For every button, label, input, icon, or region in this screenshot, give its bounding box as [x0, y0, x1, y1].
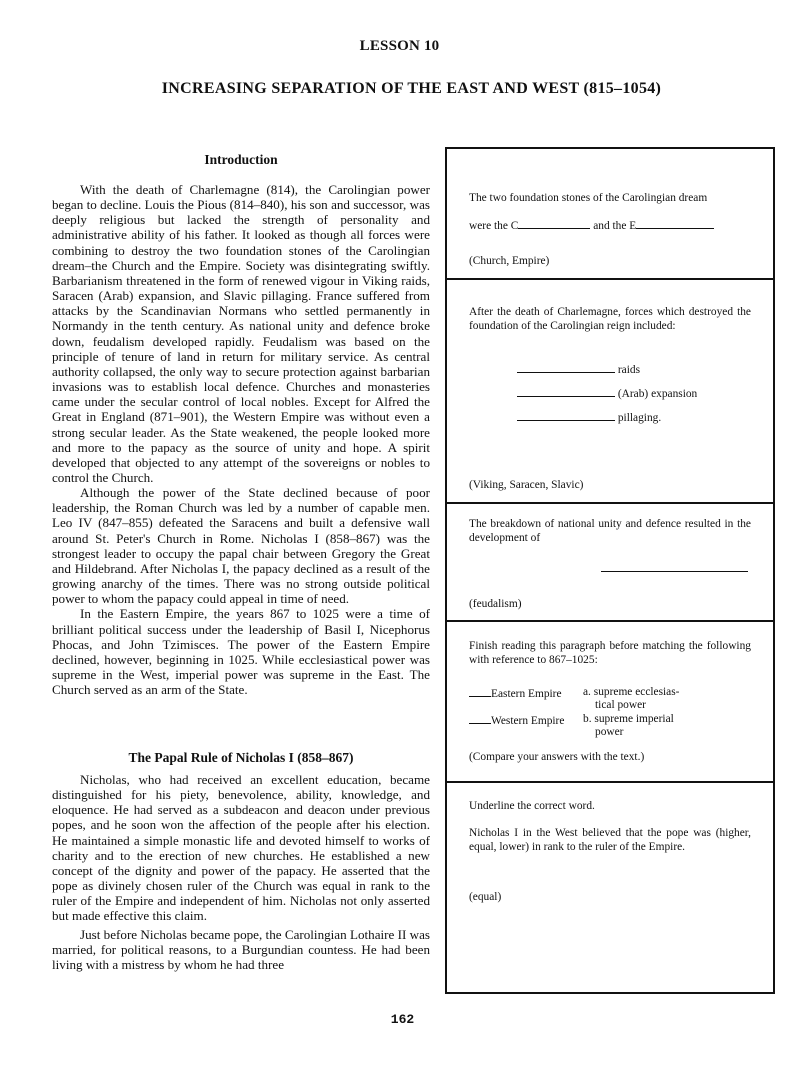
- match-left-label: Eastern Empire: [491, 688, 562, 700]
- option-line2: tical power: [583, 699, 733, 712]
- frame1-prefix: were the C: [469, 220, 518, 232]
- item-label: raids: [618, 364, 640, 376]
- match-left-western: Western Empire: [469, 713, 564, 729]
- frame4-answer: (Compare your answers with the text.): [469, 751, 644, 765]
- frame5-answer: (equal): [469, 891, 501, 905]
- frame2-answer: (Viking, Saracen, Slavic): [469, 479, 583, 493]
- frame-matching: Finish reading this paragraph before mat…: [447, 622, 773, 783]
- frame5-instruction: Underline the correct word.: [469, 800, 595, 814]
- frame-underline: Underline the correct word. Nicholas I i…: [447, 783, 773, 992]
- match-option-a: a. supreme ecclesias- tical power: [583, 686, 733, 711]
- introduction-heading: Introduction: [52, 152, 430, 168]
- blank-feudalism[interactable]: [601, 561, 748, 572]
- option-line1: supreme ecclesias-: [594, 686, 680, 698]
- frame3-answer: (feudalism): [469, 598, 522, 612]
- blank-western[interactable]: [469, 713, 491, 724]
- option-letter: b.: [583, 713, 592, 725]
- intro-paragraph-1: With the death of Charlemagne (814), the…: [52, 182, 430, 485]
- papal-paragraph-2: Just before Nicholas became pope, the Ca…: [52, 927, 430, 972]
- blank-raids[interactable]: [517, 362, 615, 373]
- papal-rule-body: Nicholas, who had received an excellent …: [52, 772, 430, 972]
- frame1-line1: The two foundation stones of the Carolin…: [469, 192, 751, 206]
- frame2-prompt: After the death of Charlemagne, forces w…: [469, 306, 751, 333]
- frame-feudalism: The breakdown of national unity and defe…: [447, 504, 773, 622]
- item-label: pillaging.: [618, 412, 661, 424]
- option-line1: supreme imperial: [594, 713, 673, 725]
- frame4-prompt: Finish reading this paragraph before mat…: [469, 640, 751, 667]
- blank-pillaging[interactable]: [517, 410, 615, 421]
- blank-church[interactable]: [518, 218, 590, 229]
- match-left-eastern: Eastern Empire: [469, 686, 562, 702]
- study-frames-box: The two foundation stones of the Carolin…: [445, 147, 775, 994]
- blank-empire[interactable]: [636, 218, 714, 229]
- introduction-body: With the death of Charlemagne (814), the…: [52, 182, 430, 697]
- frame3-prompt: The breakdown of national unity and defe…: [469, 518, 751, 545]
- page-number: 162: [0, 1012, 799, 1027]
- frame2-item-expansion: (Arab) expansion: [517, 386, 697, 402]
- frame-destructive-forces: After the death of Charlemagne, forces w…: [447, 280, 773, 504]
- lesson-label: LESSON 10: [0, 38, 799, 55]
- match-left-label: Western Empire: [491, 715, 564, 727]
- blank-eastern[interactable]: [469, 686, 491, 697]
- intro-paragraph-2: Although the power of the State declined…: [52, 485, 430, 606]
- match-option-b: b. supreme imperial power: [583, 713, 733, 738]
- papal-paragraph-1: Nicholas, who had received an excellent …: [52, 772, 430, 924]
- frame1-mid: and the E: [590, 220, 636, 232]
- frame1-answer: (Church, Empire): [469, 255, 549, 269]
- option-letter: a.: [583, 686, 591, 698]
- option-line2: power: [583, 726, 733, 739]
- frame5-prompt: Nicholas I in the West believed that the…: [469, 827, 751, 854]
- item-label: (Arab) expansion: [618, 388, 697, 400]
- blank-expansion[interactable]: [517, 386, 615, 397]
- frame2-item-raids: raids: [517, 362, 640, 378]
- frame2-item-pillaging: pillaging.: [517, 410, 661, 426]
- frame-foundation-stones: The two foundation stones of the Carolin…: [447, 149, 773, 280]
- lesson-title: INCREASING SEPARATION OF THE EAST AND WE…: [0, 80, 799, 98]
- papal-rule-heading: The Papal Rule of Nicholas I (858–867): [52, 750, 430, 766]
- intro-paragraph-3: In the Eastern Empire, the years 867 to …: [52, 606, 430, 697]
- frame1-line2: were the C and the E: [469, 218, 714, 234]
